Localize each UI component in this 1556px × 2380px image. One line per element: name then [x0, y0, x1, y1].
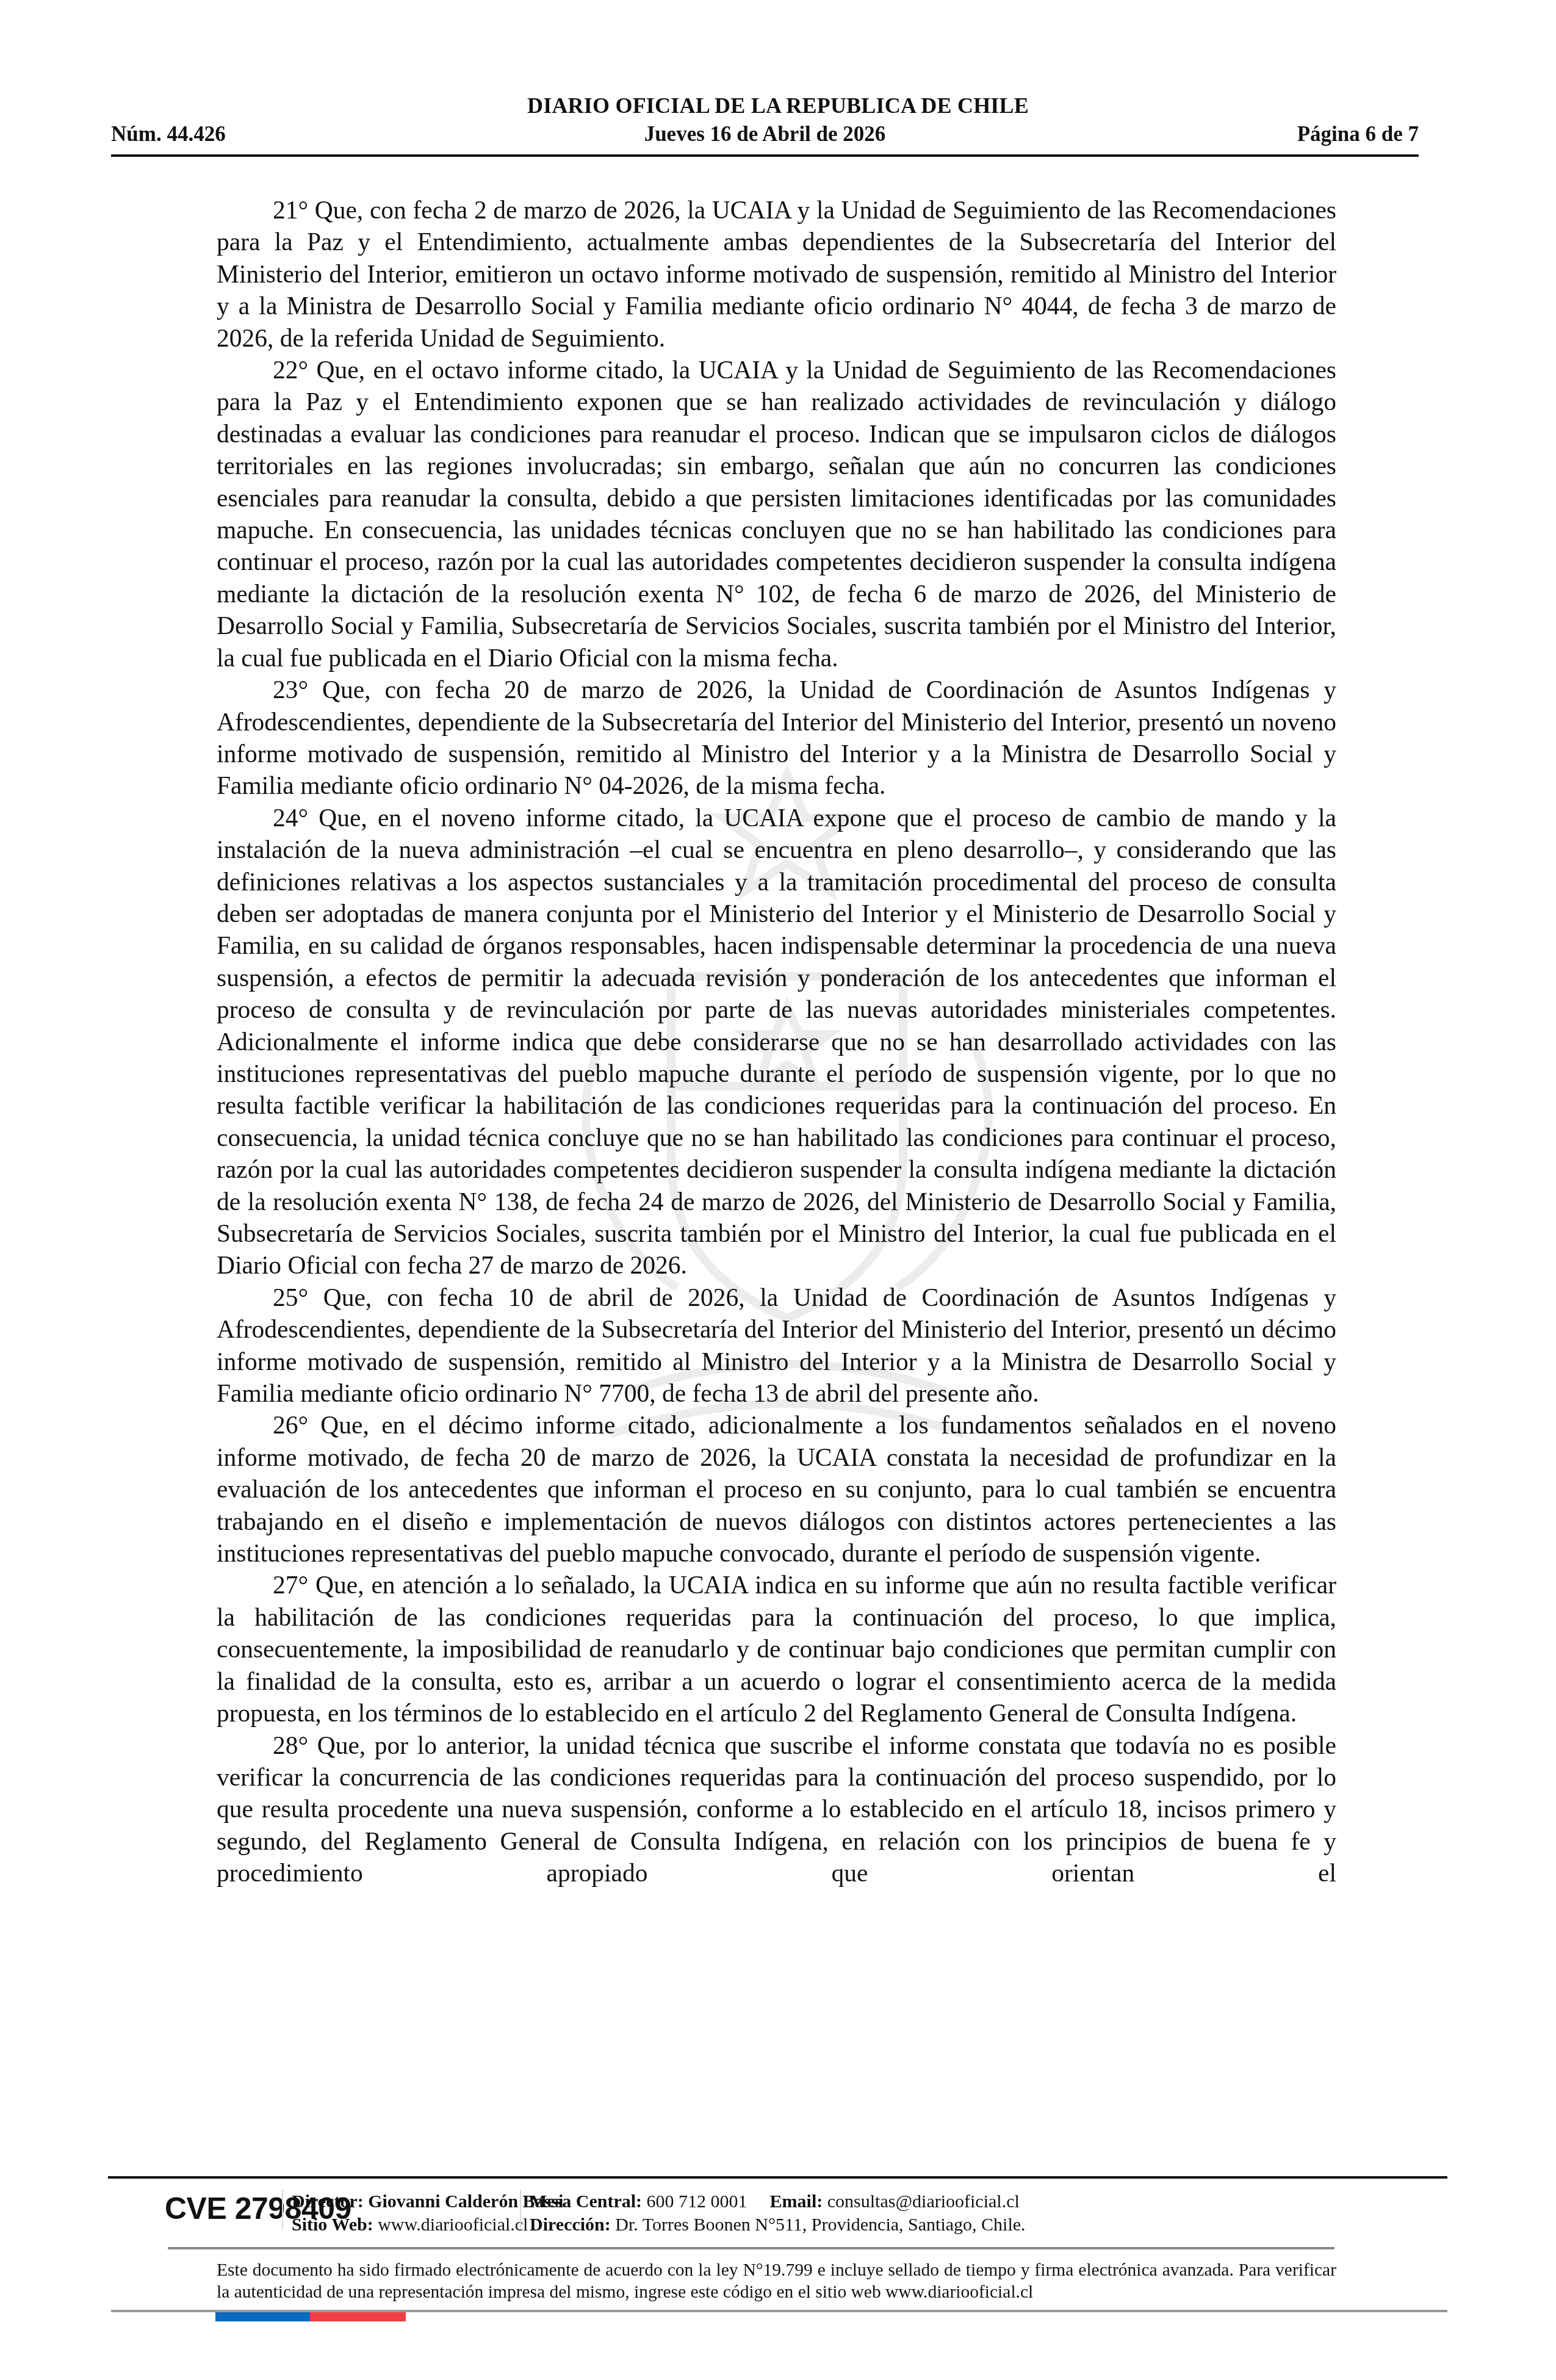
footer-contact-column: Mesa Central: 600 712 0001 Email: consul… [530, 2190, 1026, 2237]
signature-disclaimer: Este documento ha sido firmado electróni… [217, 2259, 1336, 2303]
footer-top-divider [108, 2176, 1447, 2179]
address-label: Dirección: [530, 2215, 611, 2235]
director-label: Director: [292, 2191, 364, 2212]
paragraph-25: 25° Que, con fecha 10 de abril de 2026, … [217, 1282, 1336, 1410]
header-info-row: Núm. 44.426 Jueves 16 de Abril de 2026 P… [111, 122, 1419, 149]
paragraph-24: 24° Que, en el noveno informe citado, la… [217, 802, 1336, 1282]
paragraph-21: 21° Que, con fecha 2 de marzo de 2026, l… [217, 194, 1336, 354]
phone-value: 600 712 0001 [647, 2191, 747, 2212]
document-body: 21° Que, con fecha 2 de marzo de 2026, l… [217, 194, 1336, 1889]
footer-column-divider [520, 2190, 521, 2229]
footer-director-column: Director: Giovanni Calderón Bassi Sitio … [292, 2190, 563, 2237]
paragraph-28: 28° Que, por lo anterior, la unidad técn… [217, 1729, 1336, 1889]
flag-stripe-blue [215, 2312, 310, 2321]
paragraph-27: 27° Que, en atención a lo señalado, la U… [217, 1569, 1336, 1729]
page-indicator: Página 6 de 7 [1297, 122, 1419, 146]
address-value: Dr. Torres Boonen N°511, Providencia, Sa… [615, 2215, 1025, 2235]
publication-date: Jueves 16 de Abril de 2026 [111, 122, 1419, 146]
website-link[interactable]: www.diariooficial.cl [378, 2215, 528, 2235]
email-link[interactable]: consultas@diariooficial.cl [827, 2191, 1020, 2212]
email-label: Email: [770, 2191, 823, 2212]
footer-column-divider [282, 2190, 283, 2229]
website-label: Sitio Web: [292, 2215, 373, 2235]
publication-title: DIARIO OFICIAL DE LA REPUBLICA DE CHILE [0, 93, 1556, 118]
paragraph-23: 23° Que, con fecha 20 de marzo de 2026, … [217, 674, 1336, 802]
phone-label: Mesa Central: [530, 2191, 642, 2212]
header-divider [111, 154, 1419, 157]
footer-mid-divider [168, 2247, 1334, 2249]
paragraph-22: 22° Que, en el octavo informe citado, la… [217, 354, 1336, 674]
paragraph-26: 26° Que, en el décimo informe citado, ad… [217, 1409, 1336, 1569]
flag-stripe-red [310, 2312, 406, 2321]
